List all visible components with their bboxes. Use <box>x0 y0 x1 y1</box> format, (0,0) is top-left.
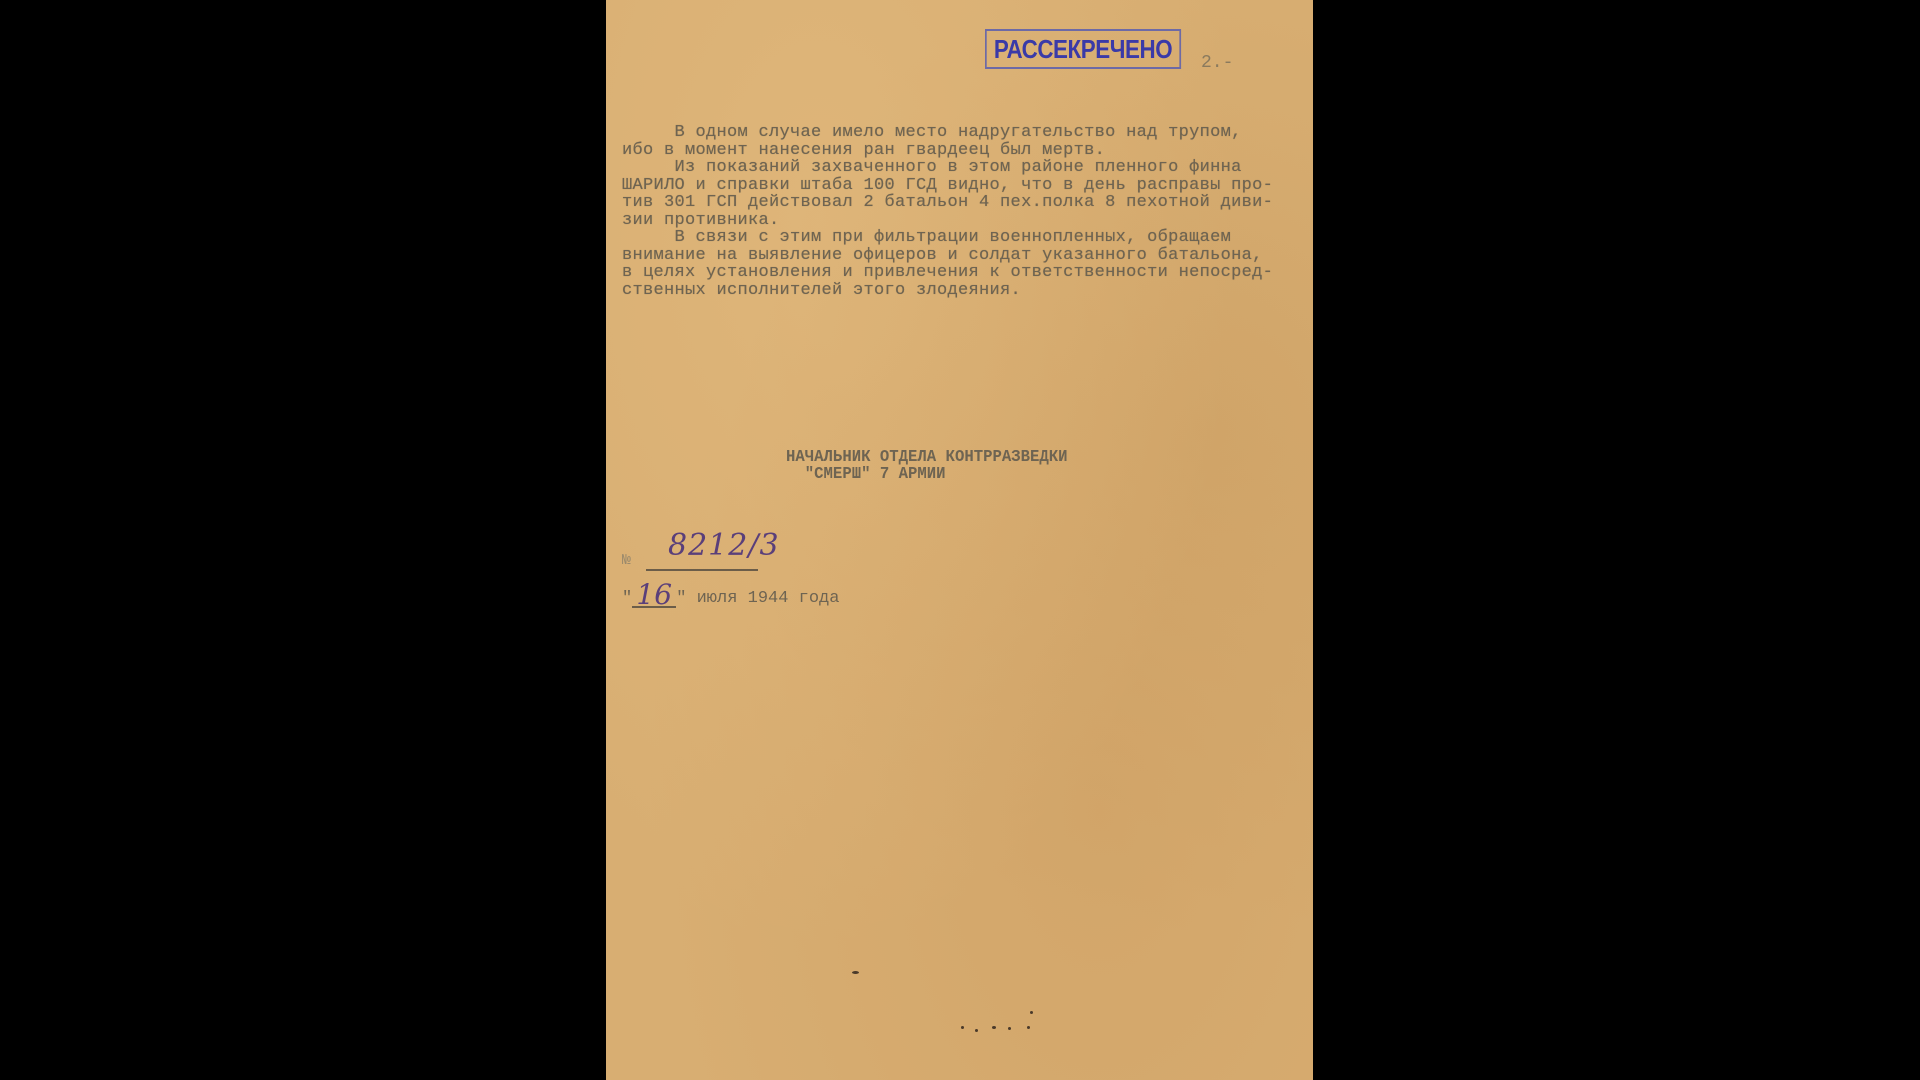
paper-speck <box>1008 1027 1011 1030</box>
body-line: ственных исполнителей этого злодеяния. <box>622 282 1312 300</box>
body-line: внимание на выявление офицеров и солдат … <box>622 247 1312 265</box>
body-line: ШАРИЛО и справки штаба 100 ГСД видно, чт… <box>622 177 1312 195</box>
number-underline <box>646 569 758 571</box>
document-date: "16" июля 1944 года <box>622 584 839 608</box>
paper-speck <box>852 971 859 974</box>
date-open-quote: " <box>622 589 632 608</box>
signature-block: НАЧАЛЬНИК ОТДЕЛА КОНТРРАЗВЕДКИ "СМЕРШ" 7… <box>786 449 1068 483</box>
page-number: 2.- <box>1201 53 1233 73</box>
body-line: Из показаний захваченного в этом районе … <box>622 159 1312 177</box>
body-line: ибо в момент нанесения ран гвардеец был … <box>622 142 1312 160</box>
paper-speck <box>961 1026 964 1029</box>
body-line: В связи с этим при фильтрации военноплен… <box>622 229 1312 247</box>
date-close-quote: " <box>676 589 686 608</box>
body-line: зии противника. <box>622 212 1312 230</box>
declassified-stamp: РАССЕКРЕЧЕНО <box>985 29 1181 69</box>
body-line: тив 301 ГСП действовал 2 батальон 4 пех.… <box>622 194 1312 212</box>
signature-unit: "СМЕРШ" 7 АРМИИ <box>786 466 1068 483</box>
body-line: в целях установления и привлечения к отв… <box>622 264 1312 282</box>
paper-speck <box>992 1026 996 1029</box>
paper-speck <box>1027 1026 1030 1029</box>
document-page: РАССЕКРЕЧЕНО 2.- В одном случае имело ме… <box>606 0 1313 1080</box>
paper-speck <box>1030 1011 1033 1014</box>
date-month-year: июля 1944 года <box>686 589 839 608</box>
handwritten-day: 16 <box>632 584 676 608</box>
signature-title: НАЧАЛЬНИК ОТДЕЛА КОНТРРАЗВЕДКИ <box>786 449 1068 466</box>
body-line: В одном случае имело место надругательст… <box>622 124 1312 142</box>
number-sign: № <box>622 552 631 569</box>
document-body: В одном случае имело место надругательст… <box>622 124 1312 299</box>
paper-speck <box>975 1029 978 1032</box>
handwritten-number: 8212/3 <box>668 528 780 563</box>
